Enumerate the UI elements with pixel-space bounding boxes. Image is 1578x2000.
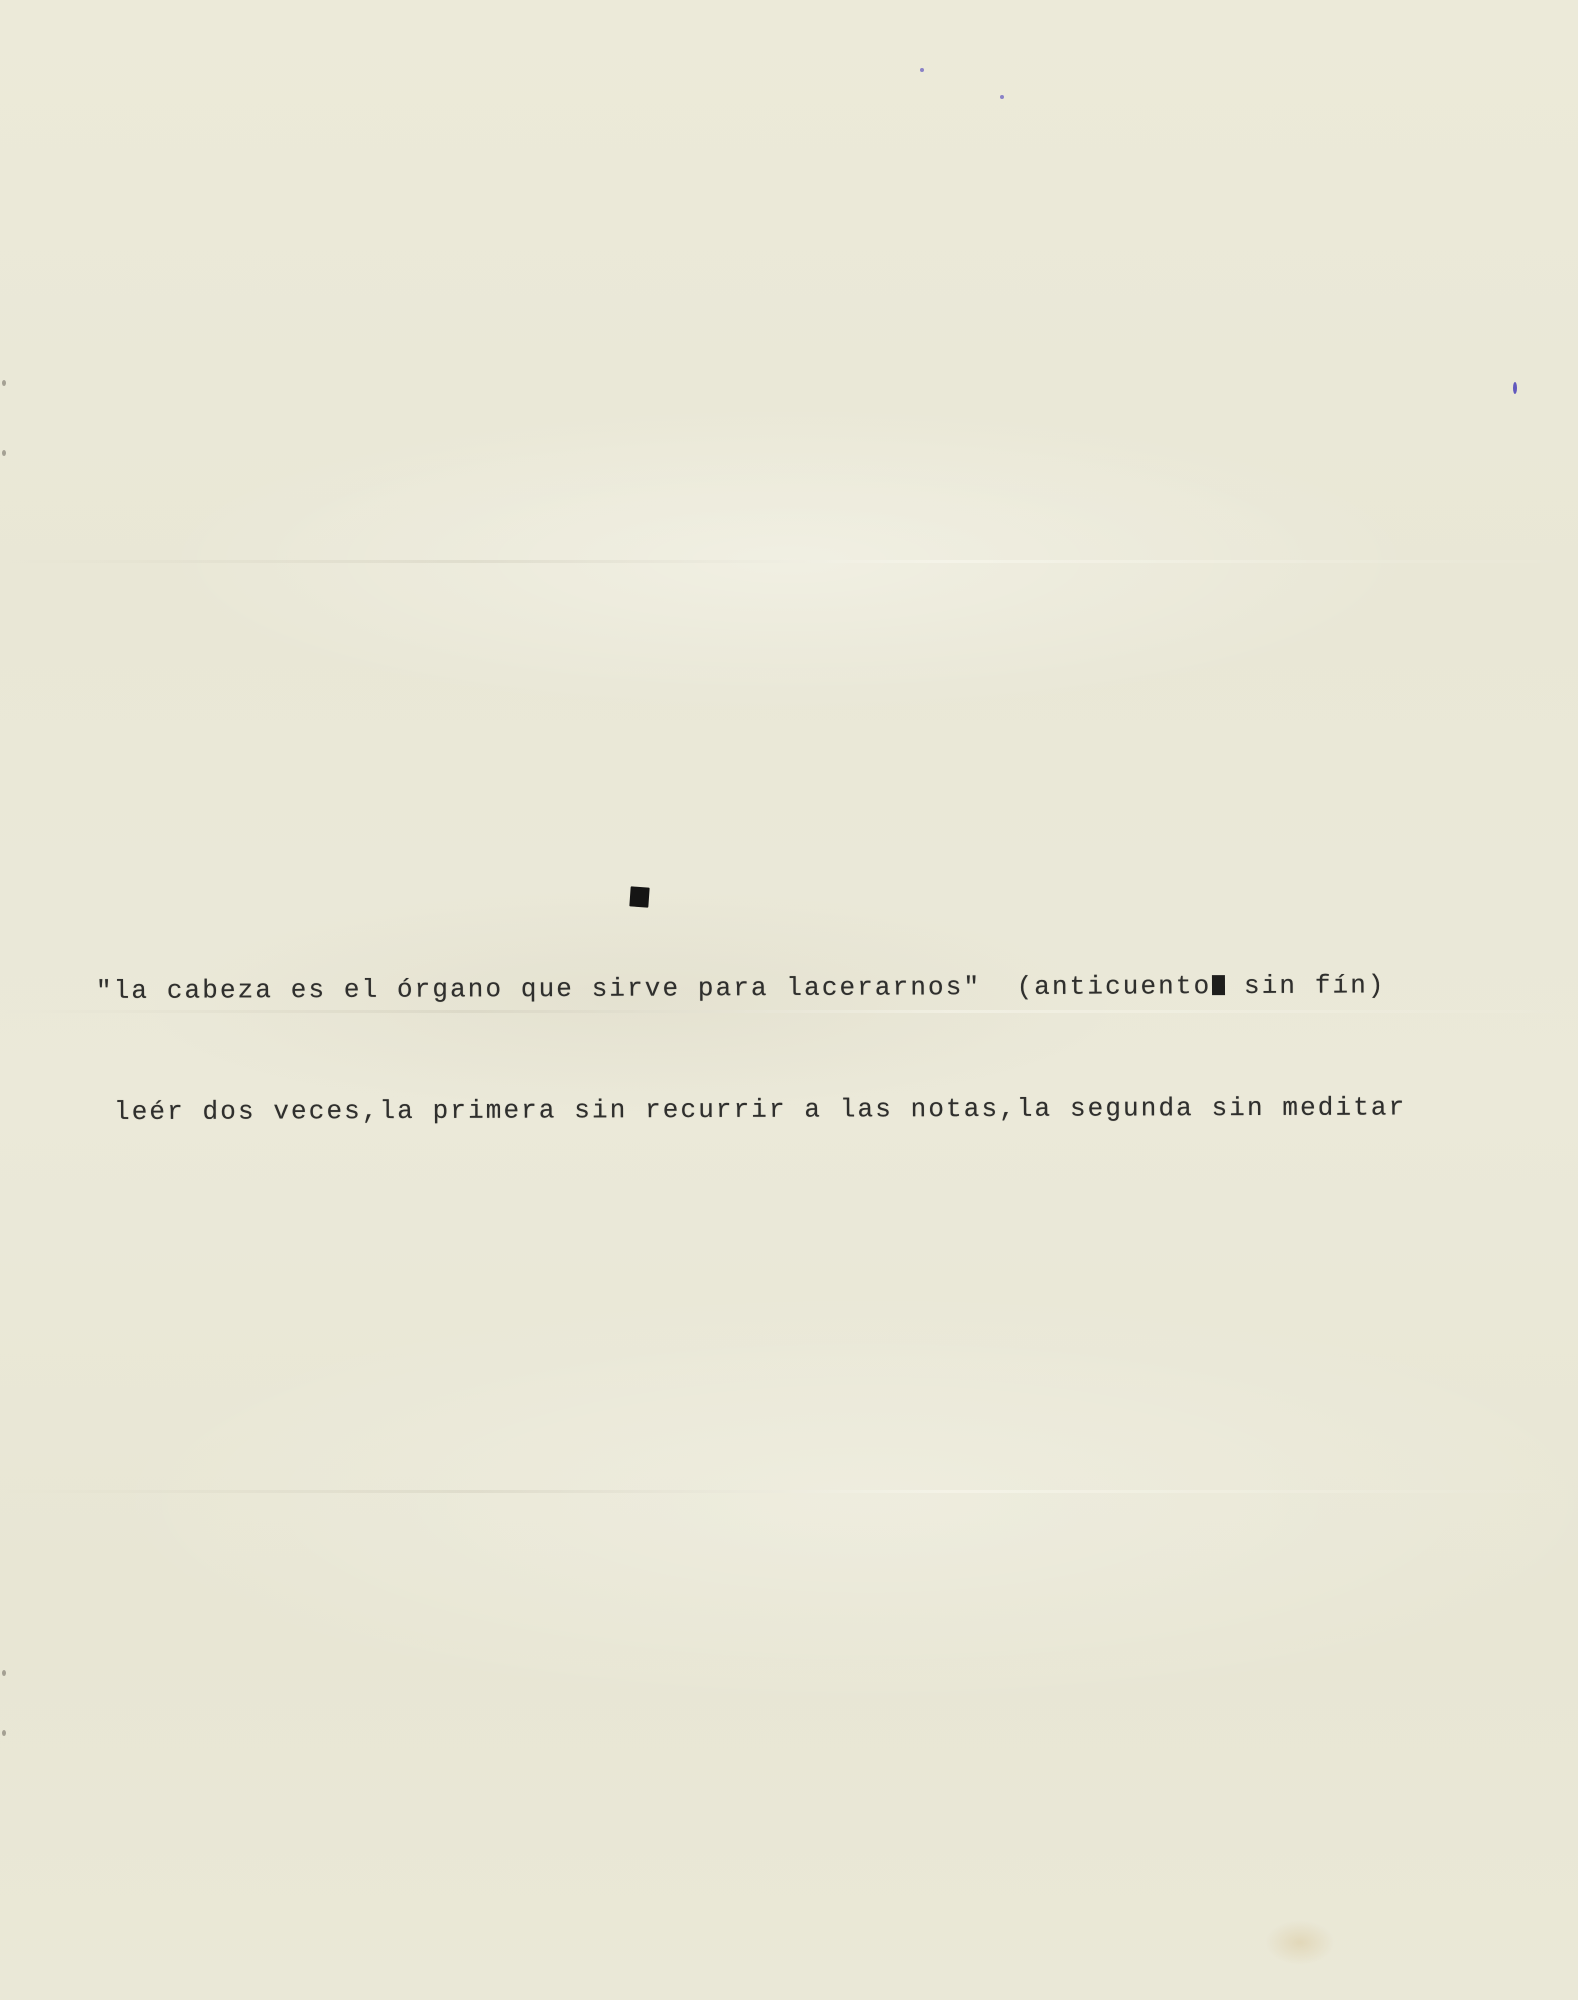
- paper-crease: [0, 560, 1578, 563]
- ink-speck: [920, 68, 924, 72]
- ink-blot: [629, 886, 649, 907]
- edge-mark: [2, 450, 6, 456]
- annotation-open: (anticuento: [1016, 971, 1211, 1002]
- edge-mark: [2, 380, 6, 386]
- typed-line-quote: "la cabeza es el órgano que sirve para l…: [96, 972, 1386, 1004]
- quote-gap: [981, 972, 1017, 1002]
- paper-crease: [0, 1490, 1578, 1493]
- ink-speck: [1000, 95, 1004, 99]
- paper-stain: [1265, 1920, 1335, 1965]
- paper-crease: [0, 1010, 1578, 1013]
- annotation-close: sin fín): [1226, 970, 1385, 1001]
- ink-speck: [1513, 382, 1517, 394]
- edge-mark: [2, 1670, 6, 1676]
- edge-mark: [2, 1730, 6, 1736]
- typed-line-instructions: leér dos veces,la primera sin recurrir a…: [114, 1094, 1406, 1125]
- struck-character: [1212, 975, 1225, 995]
- document-page: "la cabeza es el órgano que sirve para l…: [0, 0, 1578, 2000]
- quote-text: "la cabeza es el órgano que sirve para l…: [96, 972, 981, 1006]
